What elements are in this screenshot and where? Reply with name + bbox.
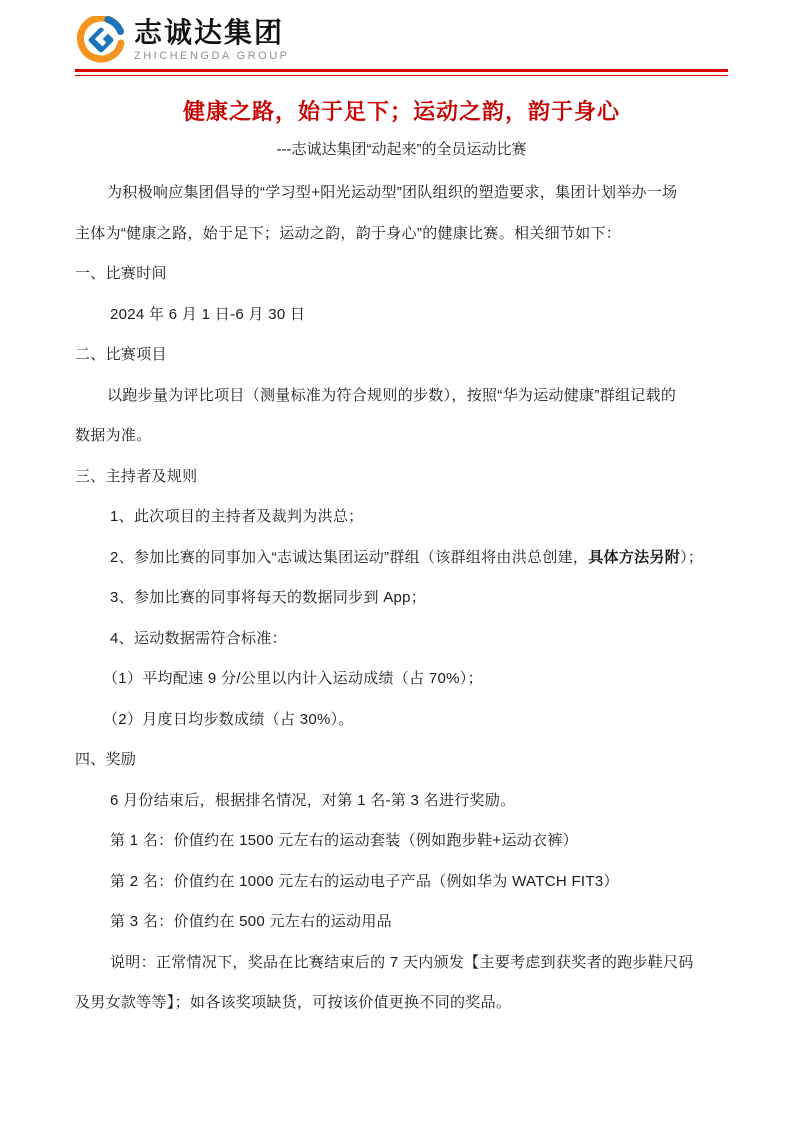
section-heading-3: 三、主持者及规则: [75, 457, 728, 498]
rule-item-2: 2、参加比赛的同事加入“志诚达集团运动”群组（该群组将由洪总创建，具体方法另附）…: [75, 538, 728, 579]
document-page: 志诚达集团 ZHICHENGDA GROUP 健康之路，始于足下；运动之韵，韵于…: [0, 0, 800, 1024]
company-name-en: ZHICHENGDA GROUP: [134, 49, 290, 63]
award-second-prize: 第 2 名：价值约在 1000 元左右的运动电子产品（例如华为 WATCH FI…: [75, 862, 728, 903]
award-first-prize: 第 1 名：价值约在 1500 元左右的运动套装（例如跑步鞋+运动衣裤）: [75, 821, 728, 862]
company-logo-icon: [77, 16, 125, 64]
section-heading-2: 二、比赛项目: [75, 335, 728, 376]
company-name-cn: 志诚达集团: [134, 18, 290, 48]
note-line: 及男女款等等】；如各该奖项缺货，可按该价值更换不同的奖品。: [75, 983, 728, 1024]
page-subtitle: ---志诚达集团“动起来”的全员运动比赛: [75, 138, 728, 159]
rule-sub-item-1: （1）平均配速 9 分/公里以内计入运动成绩（占 70%）；: [75, 659, 728, 700]
note-line: 说明：正常情况下，奖品在比赛结束后的 7 天内颁发【主要考虑到获奖者的跑步鞋尺码: [75, 943, 728, 984]
document-body: 为积极响应集团倡导的“学习型+阳光运动型”团队组织的塑造要求，集团计划举办一场 …: [75, 173, 728, 1024]
section-heading-1: 一、比赛时间: [75, 254, 728, 295]
competition-date: 2024 年 6 月 1 日-6 月 30 日: [75, 295, 728, 336]
rule-item-2-post: ）；: [680, 549, 703, 566]
company-name-block: 志诚达集团 ZHICHENGDA GROUP: [134, 18, 290, 63]
rule-sub-item-2: （2）月度日均步数成绩（占 30%）。: [75, 700, 728, 741]
award-intro: 6 月份结束后，根据排名情况，对第 1 名-第 3 名进行奖励。: [75, 781, 728, 822]
paragraph-line: 以跑步量为评比项目（测量标准为符合规则的步数），按照“华为运动健康”群组记载的: [75, 376, 728, 417]
rule-item-4: 4、运动数据需符合标准：: [75, 619, 728, 660]
rule-item-2-pre: 2、参加比赛的同事加入“志诚达集团运动”群组（该群组将由洪总创建，: [110, 549, 588, 566]
paragraph-line: 数据为准。: [75, 416, 728, 457]
paragraph-line: 主体为“健康之路，始于足下；运动之韵，韵于身心”的健康比赛。相关细节如下：: [75, 214, 728, 255]
rule-item-2-bold: 具体方法另附: [588, 549, 680, 566]
award-third-prize: 第 3 名：价值约在 500 元左右的运动用品: [75, 902, 728, 943]
letterhead: 志诚达集团 ZHICHENGDA GROUP: [77, 14, 728, 66]
letterhead-double-rule: [75, 69, 728, 76]
paragraph-line: 为积极响应集团倡导的“学习型+阳光运动型”团队组织的塑造要求，集团计划举办一场: [75, 173, 728, 214]
page-title: 健康之路，始于足下；运动之韵，韵于身心: [75, 95, 728, 126]
rule-item-3: 3、参加比赛的同事将每天的数据同步到 App；: [75, 578, 728, 619]
rule-item-1: 1、此次项目的主持者及裁判为洪总；: [75, 497, 728, 538]
section-heading-4: 四、奖励: [75, 740, 728, 781]
